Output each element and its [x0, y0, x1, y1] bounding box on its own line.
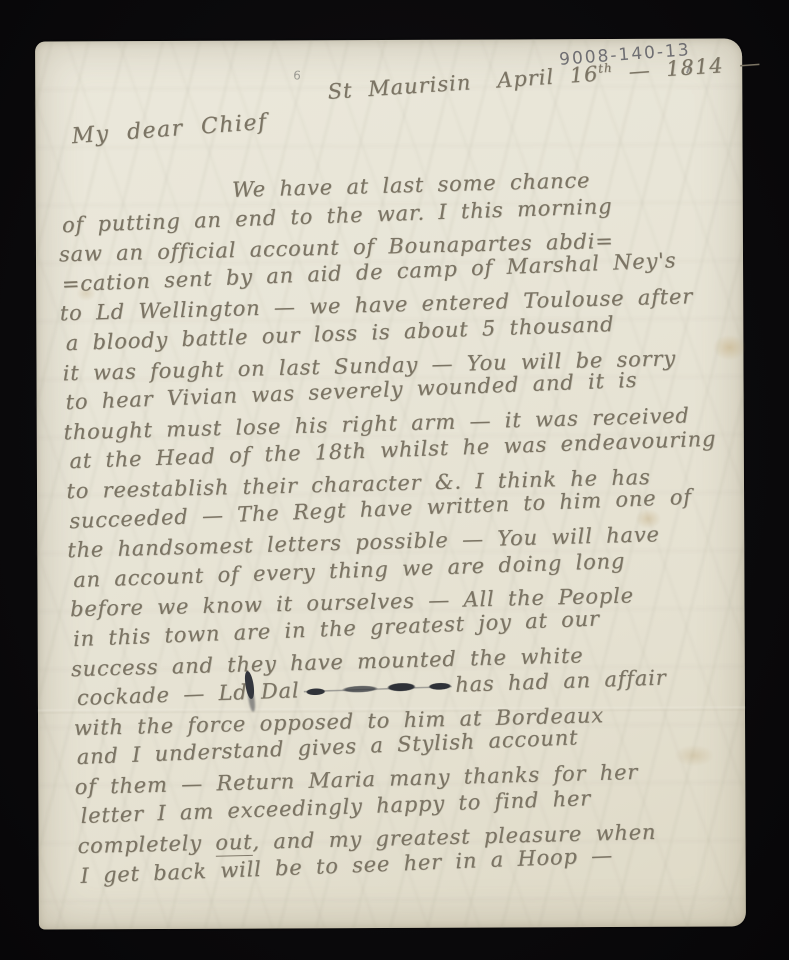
letter-body: We have at last some chance of putting a…	[56, 160, 746, 891]
dateline-gap	[472, 87, 498, 89]
pencil-mark: 6	[293, 68, 302, 83]
ink-blot	[303, 681, 451, 697]
letter-line-text: completely	[77, 831, 215, 858]
letter-line-text: cockade — Ld Dal	[76, 678, 299, 710]
dateline-date: April 16	[496, 62, 599, 93]
dateline-place: St Maurisin	[327, 70, 472, 104]
salutation: My dear Chief	[71, 110, 269, 149]
photograph-background: 9008-140-13 6 St MaurisinApril 16th — 18…	[0, 0, 789, 960]
dateline: St MaurisinApril 16th — 1814 —	[327, 51, 762, 104]
dateline-date-ordinal: th	[598, 61, 613, 76]
letter-line-text: has had an affair	[455, 666, 667, 697]
underlined-word: out	[215, 830, 253, 857]
letter-page: 9008-140-13 6 St MaurisinApril 16th — 18…	[35, 38, 746, 929]
